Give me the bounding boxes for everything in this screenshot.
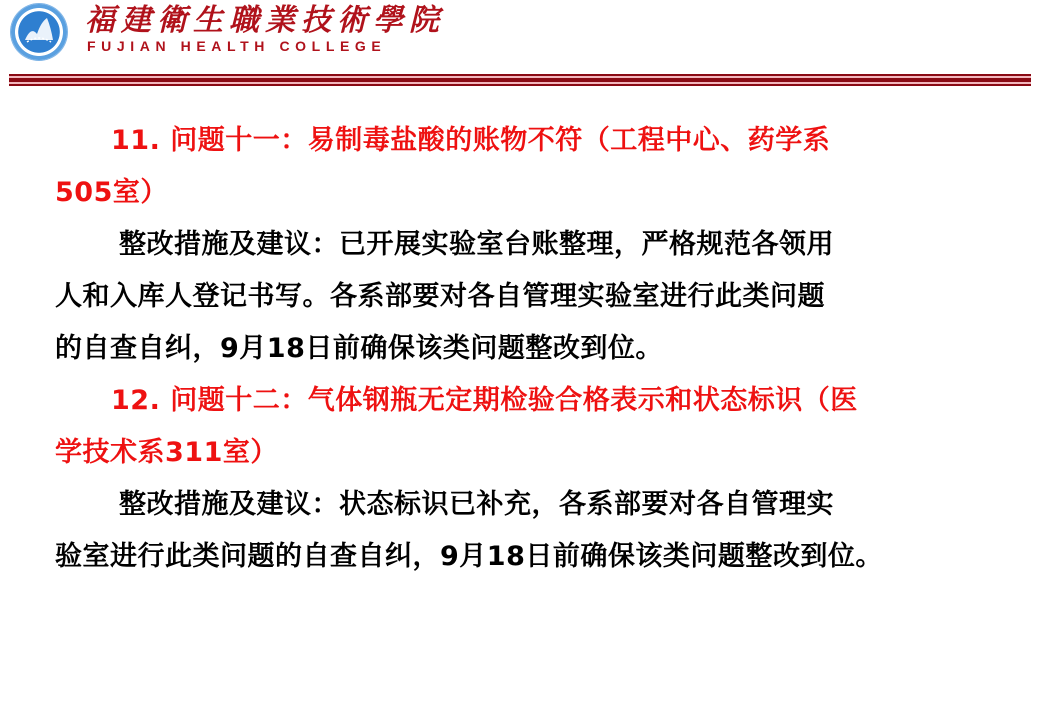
issue-heading: 505室） bbox=[55, 167, 1005, 219]
college-emblem-icon bbox=[11, 4, 67, 60]
slide-header: 福建衛生職業技術學院 FUJIAN HEALTH COLLEGE bbox=[0, 0, 1039, 64]
issue-heading: 11. 问题十一：易制毒盐酸的账物不符（工程中心、药学系 bbox=[55, 115, 1005, 167]
remediation-text: 整改措施及建议：状态标识已补充，各系部要对各自管理实 bbox=[55, 479, 1005, 531]
remediation-text: 验室进行此类问题的自查自纠，9月18日前确保该类问题整改到位。 bbox=[55, 531, 1005, 583]
remediation-text: 的自查自纠，9月18日前确保该类问题整改到位。 bbox=[55, 323, 1005, 375]
college-name-english: FUJIAN HEALTH COLLEGE bbox=[87, 38, 386, 54]
college-name-chinese: 福建衛生職業技術學院 bbox=[85, 4, 445, 38]
issue-item-12: 12. 问题十二：气体钢瓶无定期检验合格表示和状态标识（医 学技术系311室） … bbox=[55, 375, 1005, 583]
issue-heading: 学技术系311室） bbox=[55, 427, 1005, 479]
remediation-text: 人和入库人登记书写。各系部要对各自管理实验室进行此类问题 bbox=[55, 271, 1005, 323]
slide-content: 11. 问题十一：易制毒盐酸的账物不符（工程中心、药学系 505室） 整改措施及… bbox=[55, 115, 1005, 583]
issue-heading: 12. 问题十二：气体钢瓶无定期检验合格表示和状态标识（医 bbox=[55, 375, 1005, 427]
remediation-text: 整改措施及建议：已开展实验室台账整理，严格规范各领用 bbox=[55, 219, 1005, 271]
header-divider bbox=[9, 84, 1031, 86]
issue-item-11: 11. 问题十一：易制毒盐酸的账物不符（工程中心、药学系 505室） 整改措施及… bbox=[55, 115, 1005, 375]
